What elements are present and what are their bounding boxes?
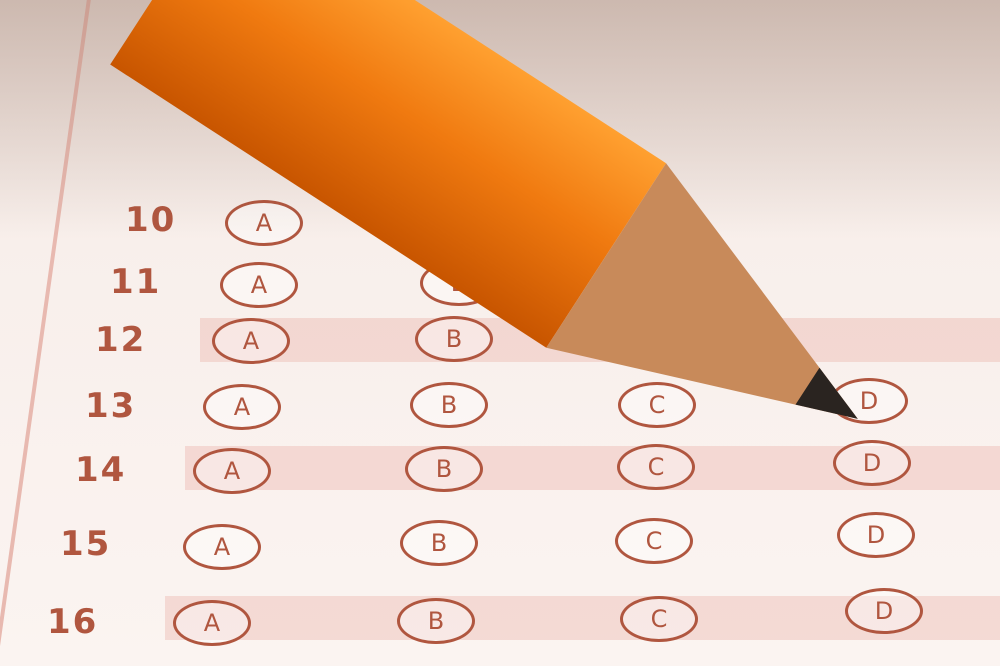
bubble-c: C xyxy=(617,444,695,490)
bubble-d: D xyxy=(845,588,923,634)
question-number: 13 xyxy=(85,386,136,426)
bubble-a: A xyxy=(173,600,251,646)
bubble-a: A xyxy=(212,318,290,364)
answer-row-15: 15 A B C D xyxy=(175,520,1000,564)
bubble-a: A xyxy=(203,384,281,430)
bubble-b: B xyxy=(397,598,475,644)
bubble-a: A xyxy=(193,448,271,494)
bubble-a: A xyxy=(183,524,261,570)
bubble-b: B xyxy=(400,520,478,566)
question-number: 14 xyxy=(75,450,126,490)
bubble-a: A xyxy=(225,200,303,246)
answer-row-16: 16 A B C D xyxy=(165,596,1000,640)
question-number: 16 xyxy=(47,602,98,642)
question-number: 15 xyxy=(60,524,111,564)
bubble-c: C xyxy=(615,518,693,564)
bubble-c: C xyxy=(620,596,698,642)
question-number: 11 xyxy=(110,262,161,302)
question-number: 10 xyxy=(125,200,176,240)
bubble-b: B xyxy=(410,382,488,428)
bubble-b: B xyxy=(405,446,483,492)
bubble-a: A xyxy=(220,262,298,308)
bubble-d: D xyxy=(837,512,915,558)
sheet-margin-line xyxy=(0,0,91,666)
question-number: 12 xyxy=(95,320,146,360)
bubble-b: B xyxy=(415,316,493,362)
